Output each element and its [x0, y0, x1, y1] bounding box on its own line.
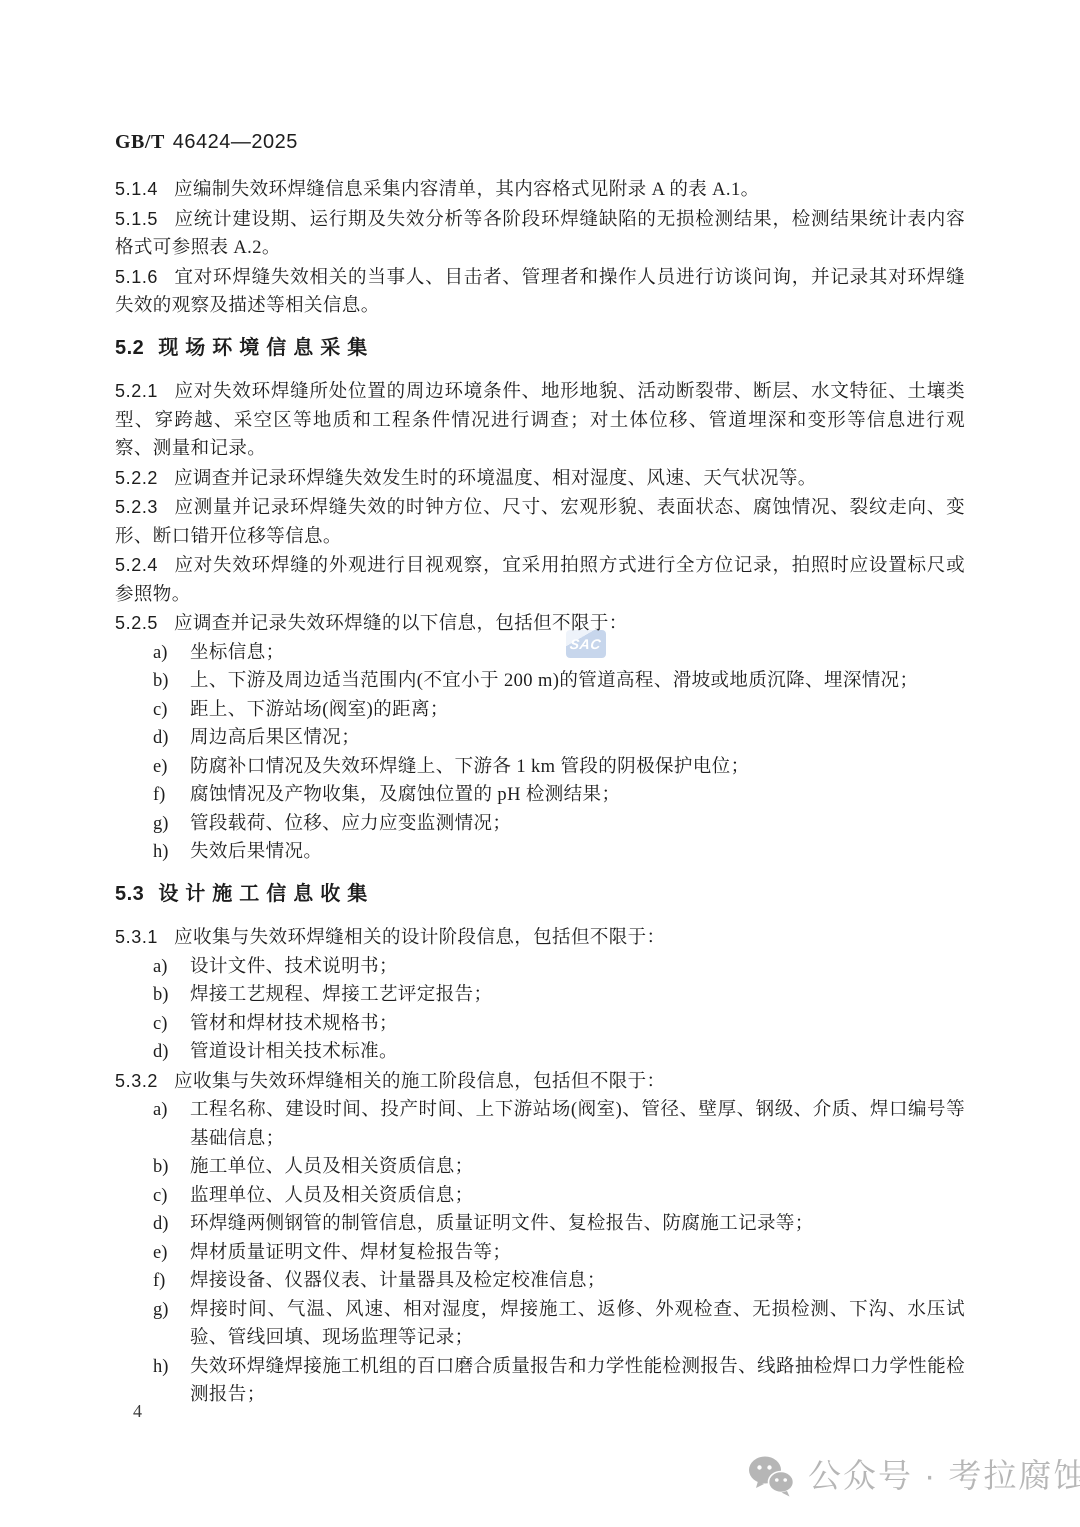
list-item: b)施工单位、人员及相关资质信息； — [115, 1153, 965, 1182]
list-item-text: 焊材质量证明文件、焊材复检报告等； — [190, 1243, 511, 1263]
clause-text: 应对失效环焊缝所处位置的周边环境条件、地形地貌、活动断裂带、断层、水文特征、土壤… — [115, 382, 965, 459]
clause-number: 5.1.6 — [115, 267, 158, 287]
clause-text: 宜对环焊缝失效相关的当事人、目击者、管理者和操作人员进行访谈问询，并记录其对环焊… — [115, 268, 965, 317]
list-item-text: 施工单位、人员及相关资质信息； — [190, 1157, 474, 1177]
list-item-letter: g) — [153, 810, 168, 839]
clause-paragraph: 5.1.4应编制失效环焊缝信息采集内容清单，其内容格式见附录 A 的表 A.1。 — [115, 175, 965, 205]
list-item-text: 监理单位、人员及相关资质信息； — [190, 1186, 474, 1206]
list-item-text: 腐蚀情况及产物收集，及腐蚀位置的 pH 检测结果； — [190, 785, 620, 805]
list-item: c)距上、下游站场(阀室)的距离； — [115, 696, 965, 725]
list-item-letter: a) — [153, 639, 167, 668]
list-item-letter: f) — [153, 1267, 165, 1296]
clause-paragraph: 5.2.3应测量并记录环焊缝失效的时钟方位、尺寸、宏观形貌、表面状态、腐蚀情况、… — [115, 493, 965, 551]
clause-text: 应调查并记录环焊缝失效发生时的环境温度、相对湿度、风速、天气状况等。 — [174, 469, 817, 489]
list-item: h)失效环焊缝焊接施工机组的百口磨合质量报告和力学性能检测报告、线路抽检焊口力学… — [115, 1353, 965, 1410]
list-item: d)周边高后果区情况； — [115, 724, 965, 753]
list-item: h)失效后果情况。 — [115, 838, 965, 867]
section-title: 设计施工信息收集 — [158, 883, 374, 905]
list-item: d)环焊缝两侧钢管的制管信息，质量证明文件、复检报告、防腐施工记录等； — [115, 1210, 965, 1239]
clause-paragraph: 5.1.5应统计建设期、运行期及失效分析等各阶段环焊缝缺陷的无损检测结果，检测结… — [115, 205, 965, 263]
list-item-text: 焊接工艺规程、焊接工艺评定报告； — [190, 985, 492, 1005]
section-number: 5.2 — [115, 337, 144, 359]
clause-text: 应调查并记录失效环焊缝的以下信息，包括但不限于： — [174, 614, 628, 634]
list-item-text: 上、下游及周边适当范围内(不宜小于 200 m)的管道高程、滑坡或地质沉降、埋深… — [190, 671, 918, 691]
clause-text: 应编制失效环焊缝信息采集内容清单，其内容格式见附录 A 的表 A.1。 — [174, 180, 759, 200]
clause-number: 5.3.2 — [115, 1071, 158, 1091]
clause-paragraph: 5.2.5应调查并记录失效环焊缝的以下信息，包括但不限于： — [115, 609, 965, 639]
list-item: e)焊材质量证明文件、焊材复检报告等； — [115, 1239, 965, 1268]
section-title: 现场环境信息采集 — [158, 337, 374, 359]
document-body: 5.1.4应编制失效环焊缝信息采集内容清单，其内容格式见附录 A 的表 A.1。… — [115, 0, 965, 1410]
list-item-text: 工程名称、建设时间、投产时间、上下游站场(阀室)、管径、壁厚、钢级、介质、焊口编… — [190, 1100, 965, 1149]
list-item: a)设计文件、技术说明书； — [115, 953, 965, 982]
list-item-text: 周边高后果区情况； — [190, 728, 360, 748]
wechat-watermark: 公众号 · 考拉腐蚀 — [748, 1452, 1080, 1500]
clause-text: 应收集与失效环焊缝相关的设计阶段信息，包括但不限于： — [174, 928, 665, 948]
clause-number: 5.2.2 — [115, 468, 158, 488]
list-item: a)工程名称、建设时间、投产时间、上下游站场(阀室)、管径、壁厚、钢级、介质、焊… — [115, 1096, 965, 1153]
list-item-letter: d) — [153, 1038, 168, 1067]
list-item-letter: d) — [153, 1210, 168, 1239]
list-item-letter: d) — [153, 724, 168, 753]
list-item: d)管道设计相关技术标准。 — [115, 1038, 965, 1067]
list-item-letter: a) — [153, 953, 167, 982]
list-item: f)腐蚀情况及产物收集，及腐蚀位置的 pH 检测结果； — [115, 781, 965, 810]
clause-paragraph: 5.2.2应调查并记录环焊缝失效发生时的环境温度、相对湿度、风速、天气状况等。 — [115, 464, 965, 494]
clause-paragraph: 5.1.6宜对环焊缝失效相关的当事人、目击者、管理者和操作人员进行访谈问询，并记… — [115, 263, 965, 321]
clause-number: 5.2.1 — [115, 381, 158, 401]
clause-number: 5.2.4 — [115, 555, 158, 575]
list-item-text: 管材和焊材技术规格书； — [190, 1014, 398, 1034]
section-number: 5.3 — [115, 883, 144, 905]
clause-text: 应对失效环焊缝的外观进行目视观察，宜采用拍照方式进行全方位记录，拍照时应设置标尺… — [115, 556, 965, 605]
clause-number: 5.2.3 — [115, 497, 158, 517]
list-item: g)管段载荷、位移、应力应变监测情况； — [115, 810, 965, 839]
list-item-text: 焊接时间、气温、风速、相对湿度，焊接施工、返修、外观检查、无损检测、下沟、水压试… — [190, 1300, 965, 1349]
clause-paragraph: 5.3.1应收集与失效环焊缝相关的设计阶段信息，包括但不限于： — [115, 923, 965, 953]
list-item-text: 焊接设备、仪器仪表、计量器具及检定校准信息； — [190, 1271, 606, 1291]
clause-paragraph: 5.2.4应对失效环焊缝的外观进行目视观察，宜采用拍照方式进行全方位记录，拍照时… — [115, 551, 965, 609]
clause-paragraph: 5.3.2应收集与失效环焊缝相关的施工阶段信息，包括但不限于： — [115, 1067, 965, 1097]
section-heading: 5.2现场环境信息采集 — [115, 334, 965, 363]
clause-text: 应收集与失效环焊缝相关的施工阶段信息，包括但不限于： — [174, 1072, 665, 1092]
list-item-letter: b) — [153, 981, 168, 1010]
clause-paragraph: 5.2.1应对失效环焊缝所处位置的周边环境条件、地形地貌、活动断裂带、断层、水文… — [115, 377, 965, 464]
list-item-letter: g) — [153, 1296, 168, 1325]
list-item-letter: e) — [153, 753, 167, 782]
list-item: b)焊接工艺规程、焊接工艺评定报告； — [115, 981, 965, 1010]
list-item-text: 环焊缝两侧钢管的制管信息，质量证明文件、复检报告、防腐施工记录等； — [190, 1214, 814, 1234]
clause-number: 5.2.5 — [115, 613, 158, 633]
list-item-letter: h) — [153, 838, 168, 867]
list-item-text: 失效后果情况。 — [190, 842, 322, 862]
list-item-letter: c) — [153, 696, 167, 725]
list-item-text: 设计文件、技术说明书； — [190, 957, 398, 977]
list-item: c)管材和焊材技术规格书； — [115, 1010, 965, 1039]
clause-number: 5.1.4 — [115, 179, 158, 199]
list-item-letter: h) — [153, 1353, 168, 1382]
list-item-text: 距上、下游站场(阀室)的距离； — [190, 700, 449, 720]
list-item-letter: f) — [153, 781, 165, 810]
clause-text: 应测量并记录环焊缝失效的时钟方位、尺寸、宏观形貌、表面状态、腐蚀情况、裂纹走向、… — [115, 498, 965, 547]
clause-number: 5.3.1 — [115, 927, 158, 947]
list-item-text: 坐标信息； — [190, 643, 285, 663]
list-item: c)监理单位、人员及相关资质信息； — [115, 1182, 965, 1211]
list-item-letter: c) — [153, 1182, 167, 1211]
list-item-letter: e) — [153, 1239, 167, 1268]
list-item: f)焊接设备、仪器仪表、计量器具及检定校准信息； — [115, 1267, 965, 1296]
list-item-letter: b) — [153, 1153, 168, 1182]
list-item: g)焊接时间、气温、风速、相对湿度，焊接施工、返修、外观检查、无损检测、下沟、水… — [115, 1296, 965, 1353]
list-item: a)坐标信息； — [115, 639, 965, 668]
list-item: b)上、下游及周边适当范围内(不宜小于 200 m)的管道高程、滑坡或地质沉降、… — [115, 667, 965, 696]
wechat-icon — [748, 1455, 796, 1497]
list-item-letter: b) — [153, 667, 168, 696]
list-item-text: 管道设计相关技术标准。 — [190, 1042, 398, 1062]
list-item-letter: a) — [153, 1096, 167, 1125]
list-item-text: 防腐补口情况及失效环焊缝上、下游各 1 km 管段的阴极保护电位； — [190, 757, 749, 777]
list-item-text: 失效环焊缝焊接施工机组的百口磨合质量报告和力学性能检测报告、线路抽检焊口力学性能… — [190, 1357, 965, 1406]
section-heading: 5.3设计施工信息收集 — [115, 880, 965, 909]
clause-text: 应统计建设期、运行期及失效分析等各阶段环焊缝缺陷的无损检测结果，检测结果统计表内… — [115, 210, 965, 259]
document-page: GB/T46424—2025 SAC 5.1.4应编制失效环焊缝信息采集内容清单… — [0, 0, 1080, 1527]
page-number: 4 — [133, 1401, 142, 1422]
clause-number: 5.1.5 — [115, 209, 158, 229]
list-item: e)防腐补口情况及失效环焊缝上、下游各 1 km 管段的阴极保护电位； — [115, 753, 965, 782]
wechat-watermark-text: 公众号 · 考拉腐蚀 — [808, 1452, 1080, 1500]
list-item-text: 管段载荷、位移、应力应变监测情况； — [190, 814, 511, 834]
list-item-letter: c) — [153, 1010, 167, 1039]
